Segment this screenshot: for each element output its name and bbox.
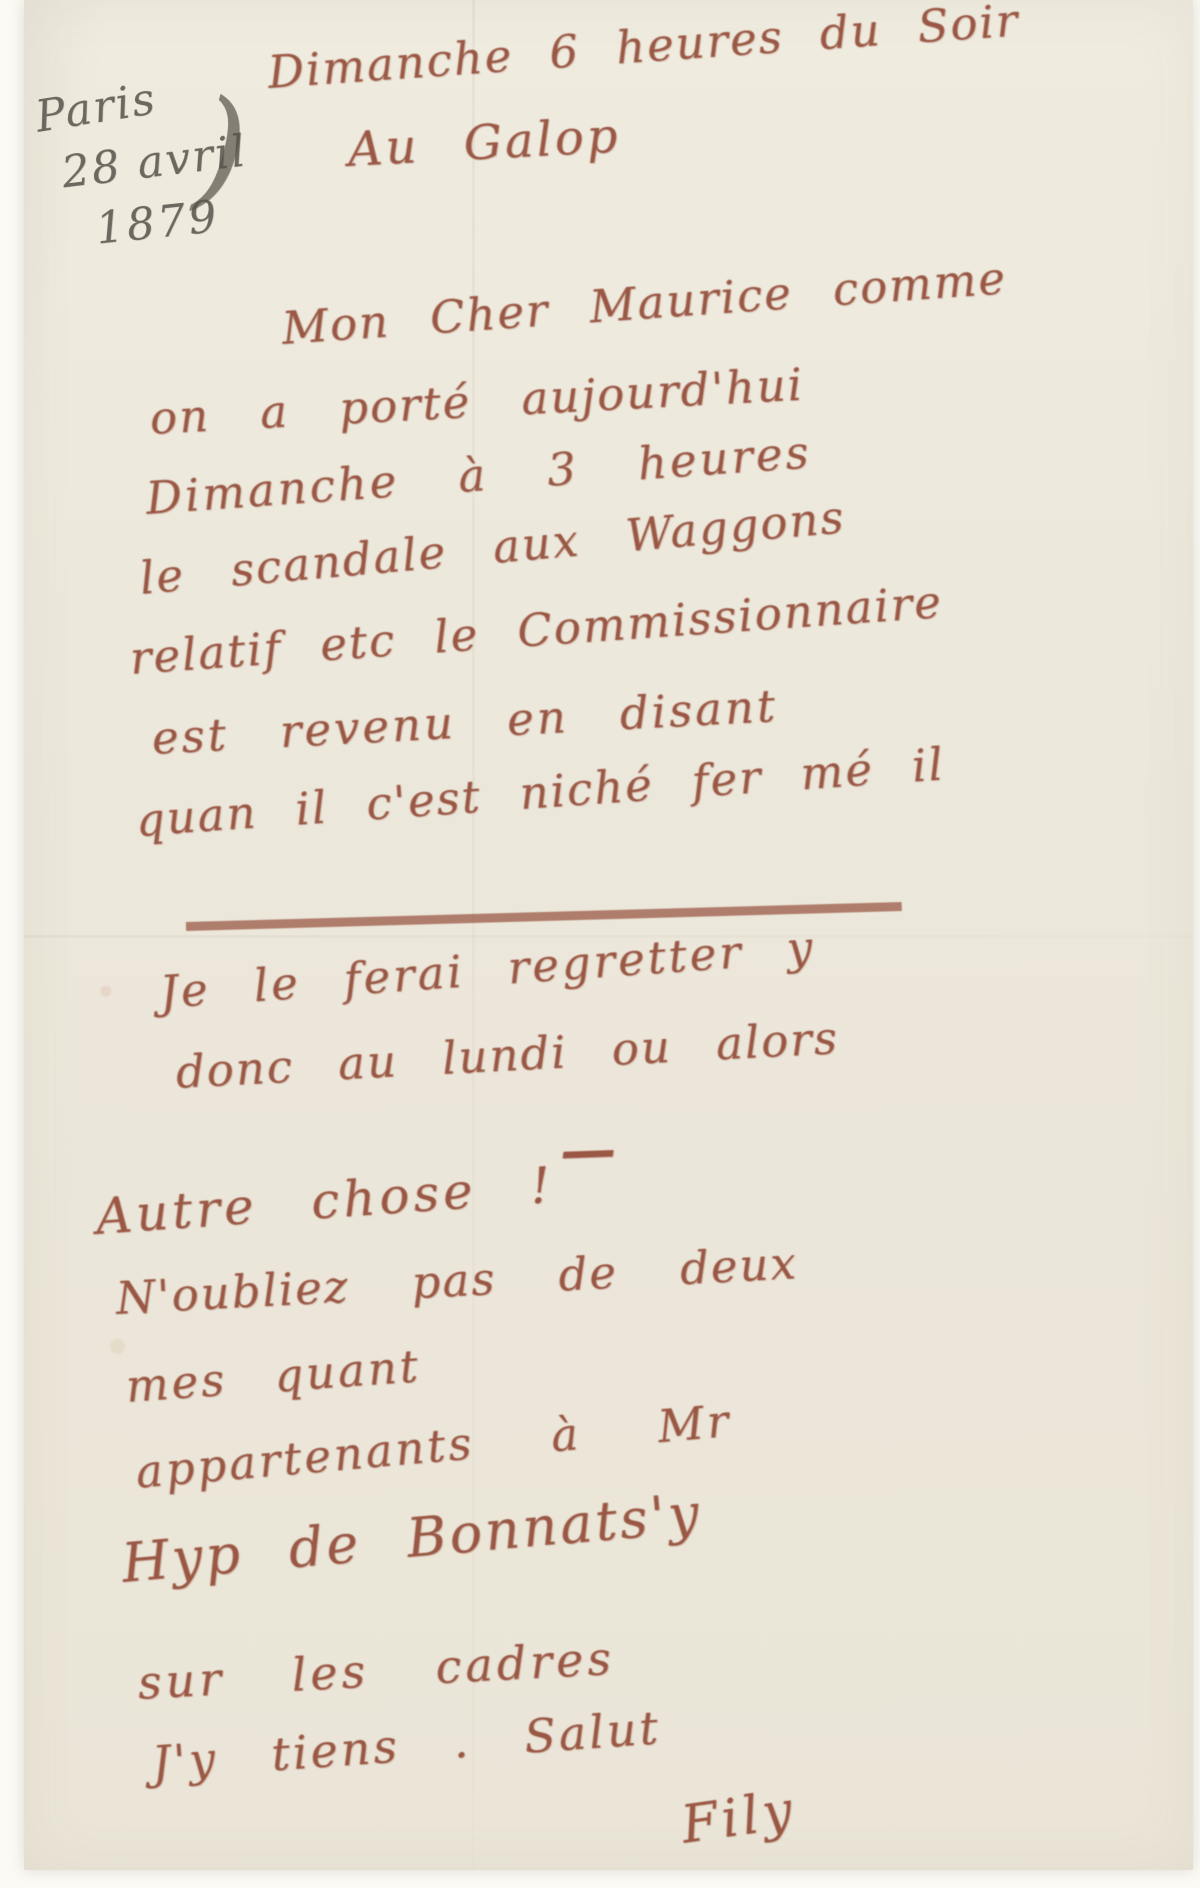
paragraph-dash: — xyxy=(559,1116,617,1184)
scanned-letter-page: Paris 28 avril 1879 ) Dimanche 6 heures … xyxy=(0,0,1200,1888)
date-annotation-paren: ) xyxy=(191,70,252,225)
